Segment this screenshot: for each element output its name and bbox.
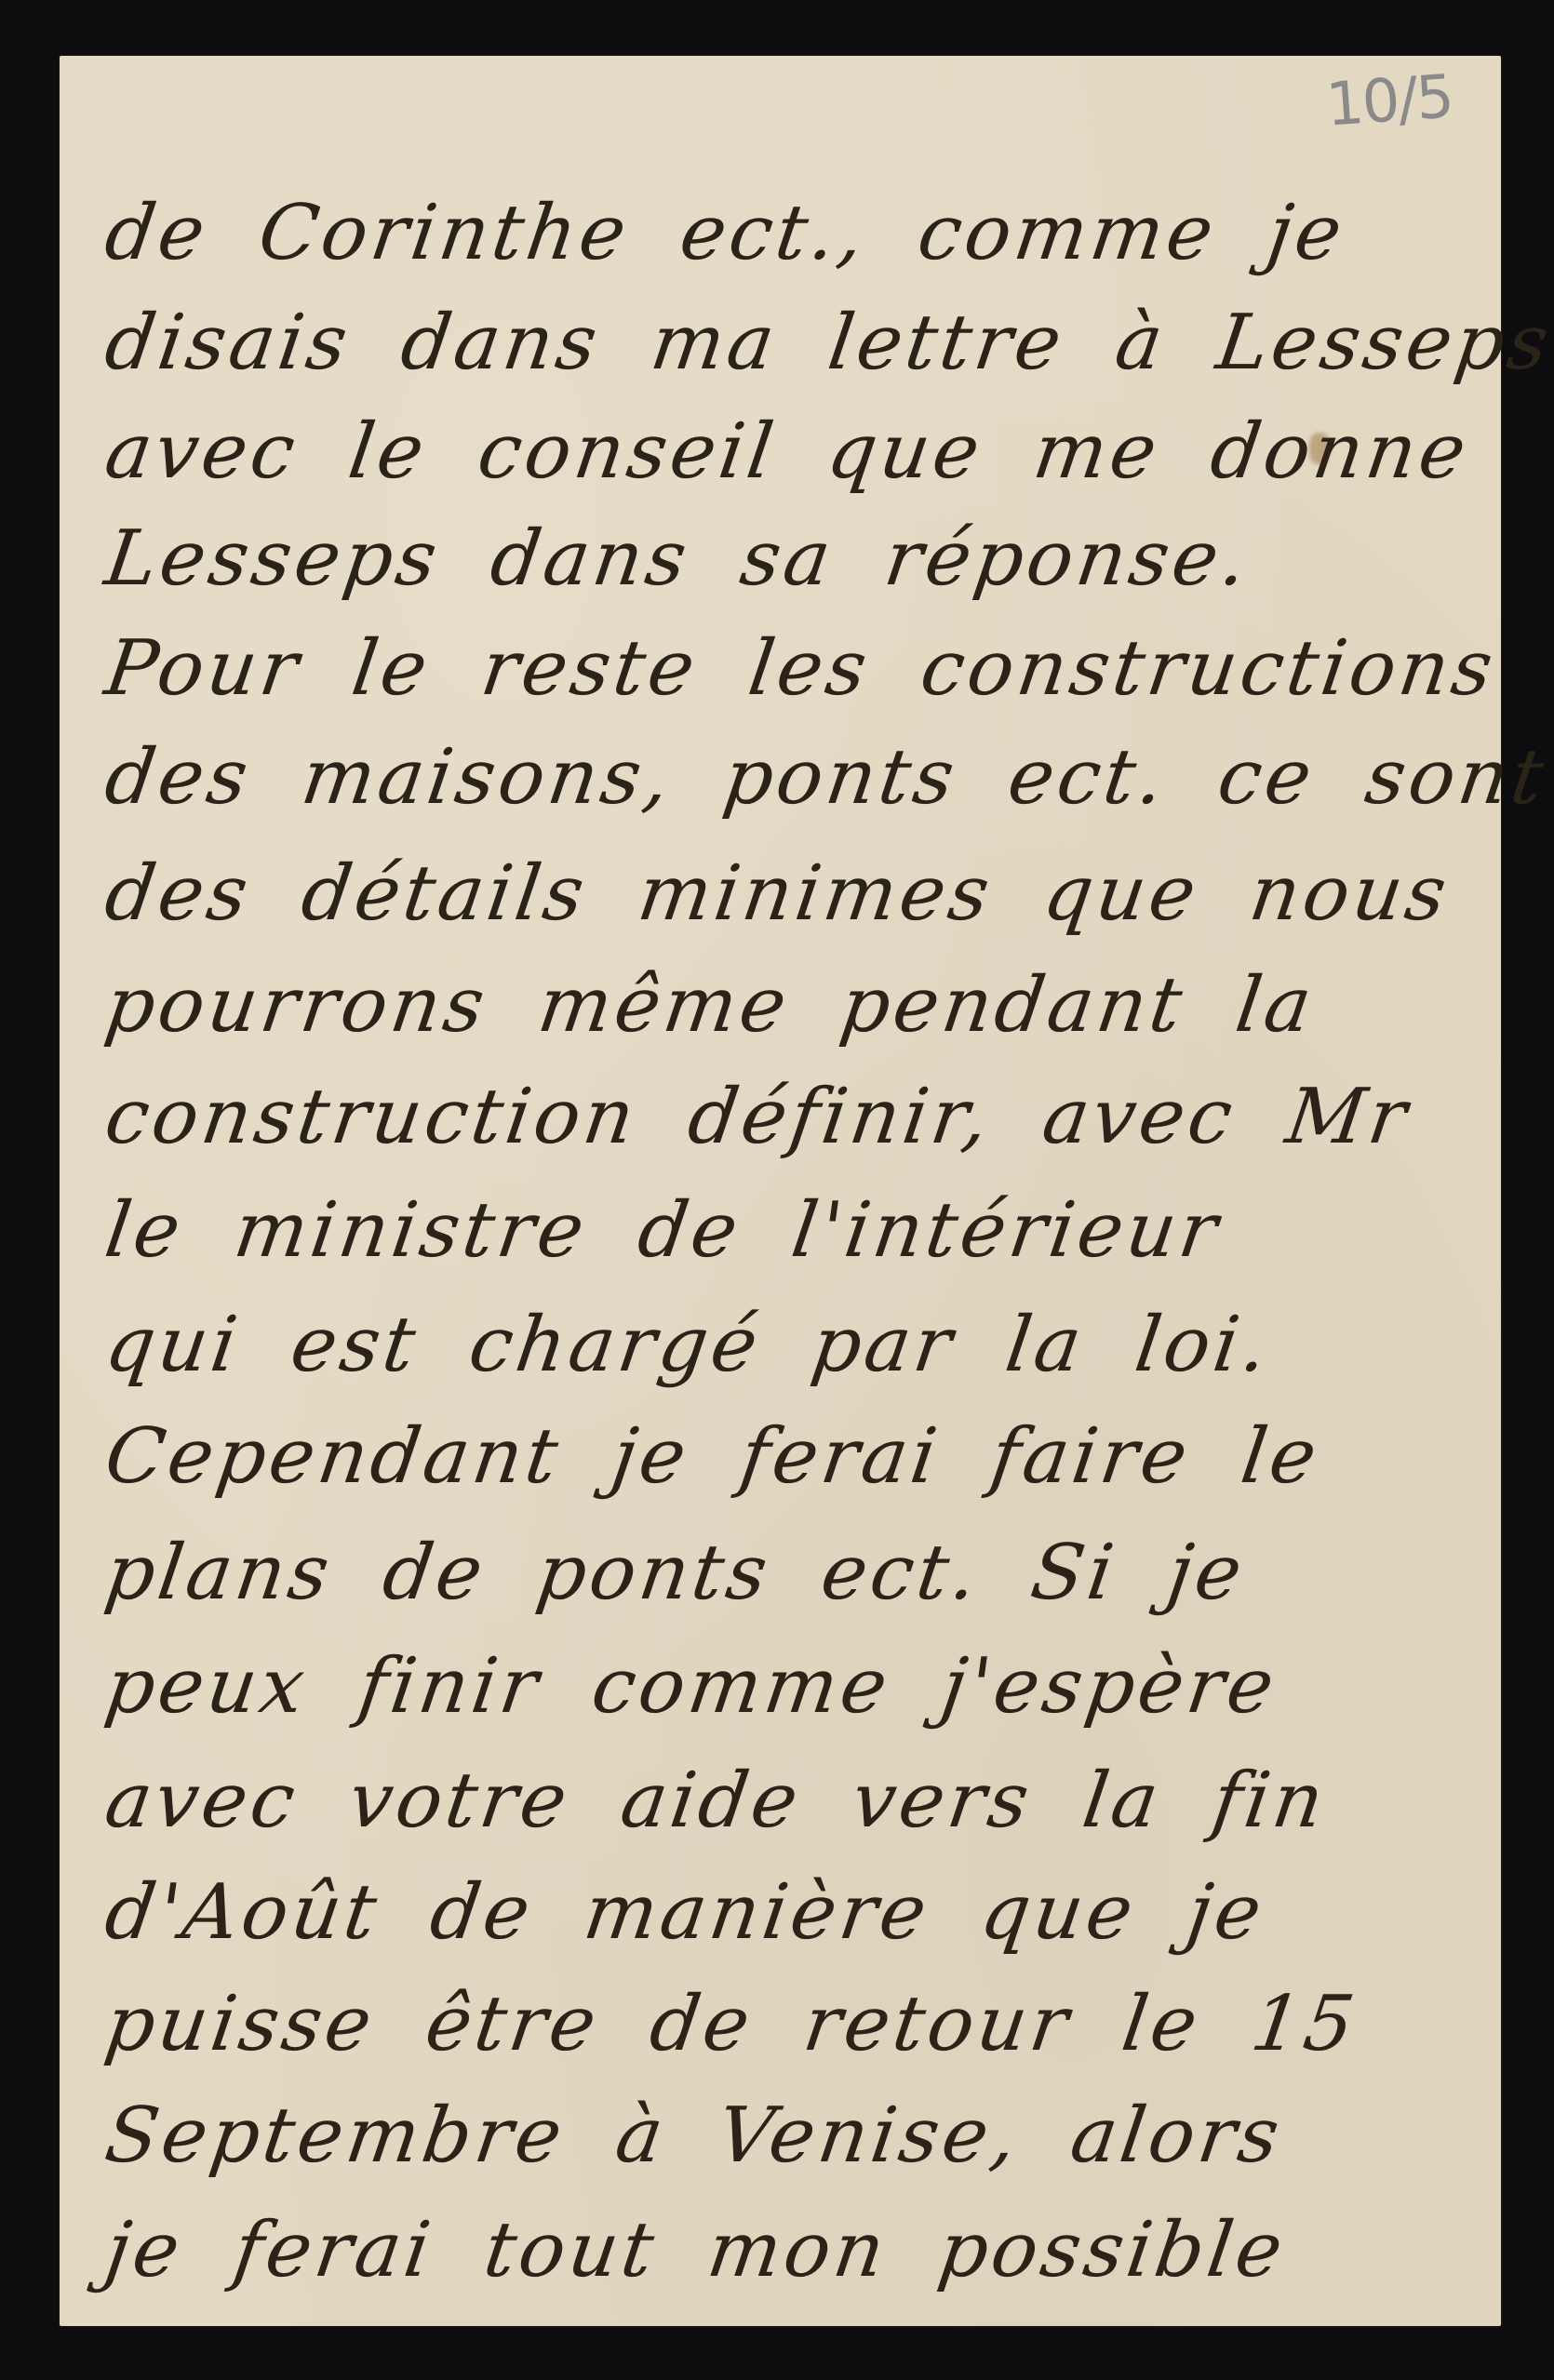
handwritten-line: qui est chargé par la loi. [100,1307,1479,1384]
handwritten-line: des détails minimes que nous [100,856,1479,932]
handwritten-line: je ferai tout mon possible [100,2213,1479,2289]
handwritten-line: de Corinthe ect., comme je [100,195,1479,272]
handwritten-line: plans de ponts ect. Si je [100,1535,1479,1611]
folio-number: 10/5 [1324,62,1455,140]
handwritten-line: d'Août de manière que je [100,1875,1479,1951]
handwritten-line: Pour le reste les constructions [100,631,1479,707]
handwritten-line: avec le conseil que me donne [100,414,1479,490]
handwritten-line: peux finir comme j'espère [100,1649,1479,1725]
handwritten-line: puisse être de retour le 15 [100,1986,1479,2063]
handwritten-line: Lesseps dans sa réponse. [100,521,1479,597]
handwritten-line: Cependant je ferai faire le [100,1419,1479,1495]
handwritten-line: des maisons, ponts ect. ce sont [100,740,1479,816]
handwritten-line: disais dans ma lettre à Lesseps [100,305,1479,381]
manuscript-page: 10/5 de Corinthe ect., comme je disais d… [60,56,1501,2326]
handwritten-line: Septembre à Venise, alors [100,2098,1479,2174]
handwritten-line: construction définir, avec Mr [100,1079,1479,1156]
handwritten-line: pourrons même pendant la [100,968,1479,1044]
handwritten-line: le ministre de l'intérieur [100,1193,1479,1269]
handwritten-line: avec votre aide vers la fin [100,1763,1479,1839]
